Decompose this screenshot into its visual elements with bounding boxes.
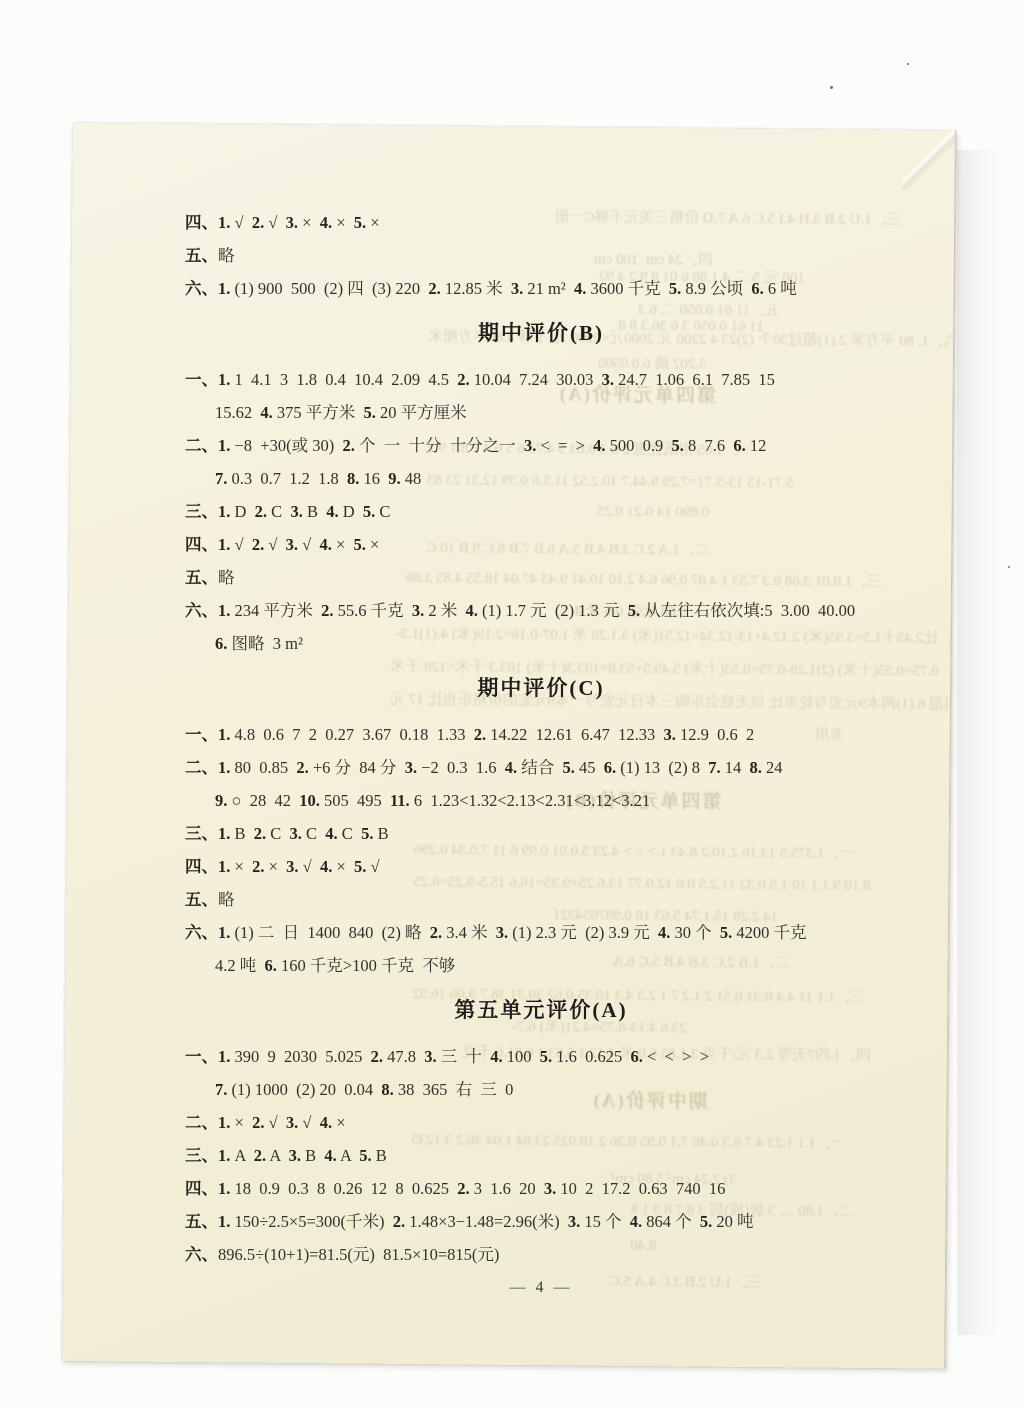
answer-line: 二、1. −8 +30(或 30) 2. 个 一 十分 十分之一 3. < = … <box>185 429 897 462</box>
answer-line: 四、1. √ 2. √ 3. × 4. × 5. × <box>185 206 897 239</box>
answer-line: 六、1. (1) 二 日 1400 840 (2) 略 2. 3.4 米 3. … <box>185 916 897 949</box>
answer-line: 9. ○ 28 42 10. 505 495 11. 6 1.23<1.32<2… <box>185 784 897 817</box>
page-number: — 4 — <box>185 1273 897 1303</box>
scan-speck <box>907 63 909 65</box>
scan-speck <box>830 86 833 89</box>
answer-line: 7. (1) 1000 (2) 20 0.04 8. 38 365 右 三 0 <box>185 1073 897 1106</box>
answer-line: 五、略 <box>185 239 897 272</box>
page-edge-shadow <box>957 150 1003 1335</box>
answer-line: 15.62 4. 375 平方米 5. 20 平方厘米 <box>185 396 897 429</box>
answer-line: 三、1. A 2. A 3. B 4. A 5. B <box>185 1139 897 1172</box>
answer-line: 二、1. 80 0.85 2. +6 分 84 分 3. −2 0.3 1.6 … <box>185 751 897 784</box>
answer-line: 三、1. D 2. C 3. B 4. D 5. C <box>185 495 897 528</box>
answer-line: 四、1. √ 2. √ 3. √ 4. × 5. × <box>185 528 897 561</box>
answer-line: 五、1. 150÷2.5×5=300(千米) 2. 1.48×3−1.48=2.… <box>185 1205 897 1238</box>
answer-line: 二、1. × 2. √ 3. √ 4. × <box>185 1106 897 1139</box>
answer-line: 三、1. B 2. C 3. C 4. C 5. B <box>185 817 897 850</box>
answer-line: 六、896.5÷(10+1)=81.5(元) 81.5×10=815(元) <box>185 1238 897 1271</box>
answer-line: 五、略 <box>185 883 897 916</box>
answer-line: 一、1. 1 4.1 3 1.8 0.4 10.4 2.09 4.5 2. 10… <box>185 363 897 396</box>
section-heading: 期中评价(C) <box>185 668 897 708</box>
answer-line: 6. 图略 3 m² <box>185 627 897 660</box>
answer-line: 7. 0.3 0.7 1.2 1.8 8. 16 9. 48 <box>185 462 897 495</box>
answer-line: 六、1. (1) 900 500 (2) 四 (3) 220 2. 12.85 … <box>185 272 897 305</box>
answer-line: 一、1. 390 9 2030 5.025 2. 47.8 3. 三 十 4. … <box>185 1040 897 1073</box>
answer-line: 4.2 吨 6. 160 千克>100 千克 不够 <box>185 949 897 982</box>
answer-line: 一、1. 4.8 0.6 7 2 0.27 3.67 0.18 1.33 2. … <box>185 718 897 751</box>
paper-crease <box>902 130 955 190</box>
scan-speck <box>1008 566 1010 568</box>
answer-line: 四、1. × 2. × 3. √ 4. × 5. √ <box>185 850 897 883</box>
scan-background: 三、1.U 2.B 3.H 4.I 5.C 6.A 7.D 价格三美元不够C一册… <box>0 0 1024 1408</box>
section-heading: 第五单元评价(A) <box>185 990 897 1030</box>
answer-text-layer: 四、1. √ 2. √ 3. × 4. × 5. ×五、略六、1. (1) 90… <box>185 206 897 1303</box>
answer-line: 六、1. 234 平方米 2. 55.6 千克 3. 2 米 4. (1) 1.… <box>185 594 897 627</box>
section-heading: 期中评价(B) <box>185 313 897 353</box>
answer-line: 四、1. 18 0.9 0.3 8 0.26 12 8 0.625 2. 3 1… <box>185 1172 897 1205</box>
answer-line: 五、略 <box>185 561 897 594</box>
